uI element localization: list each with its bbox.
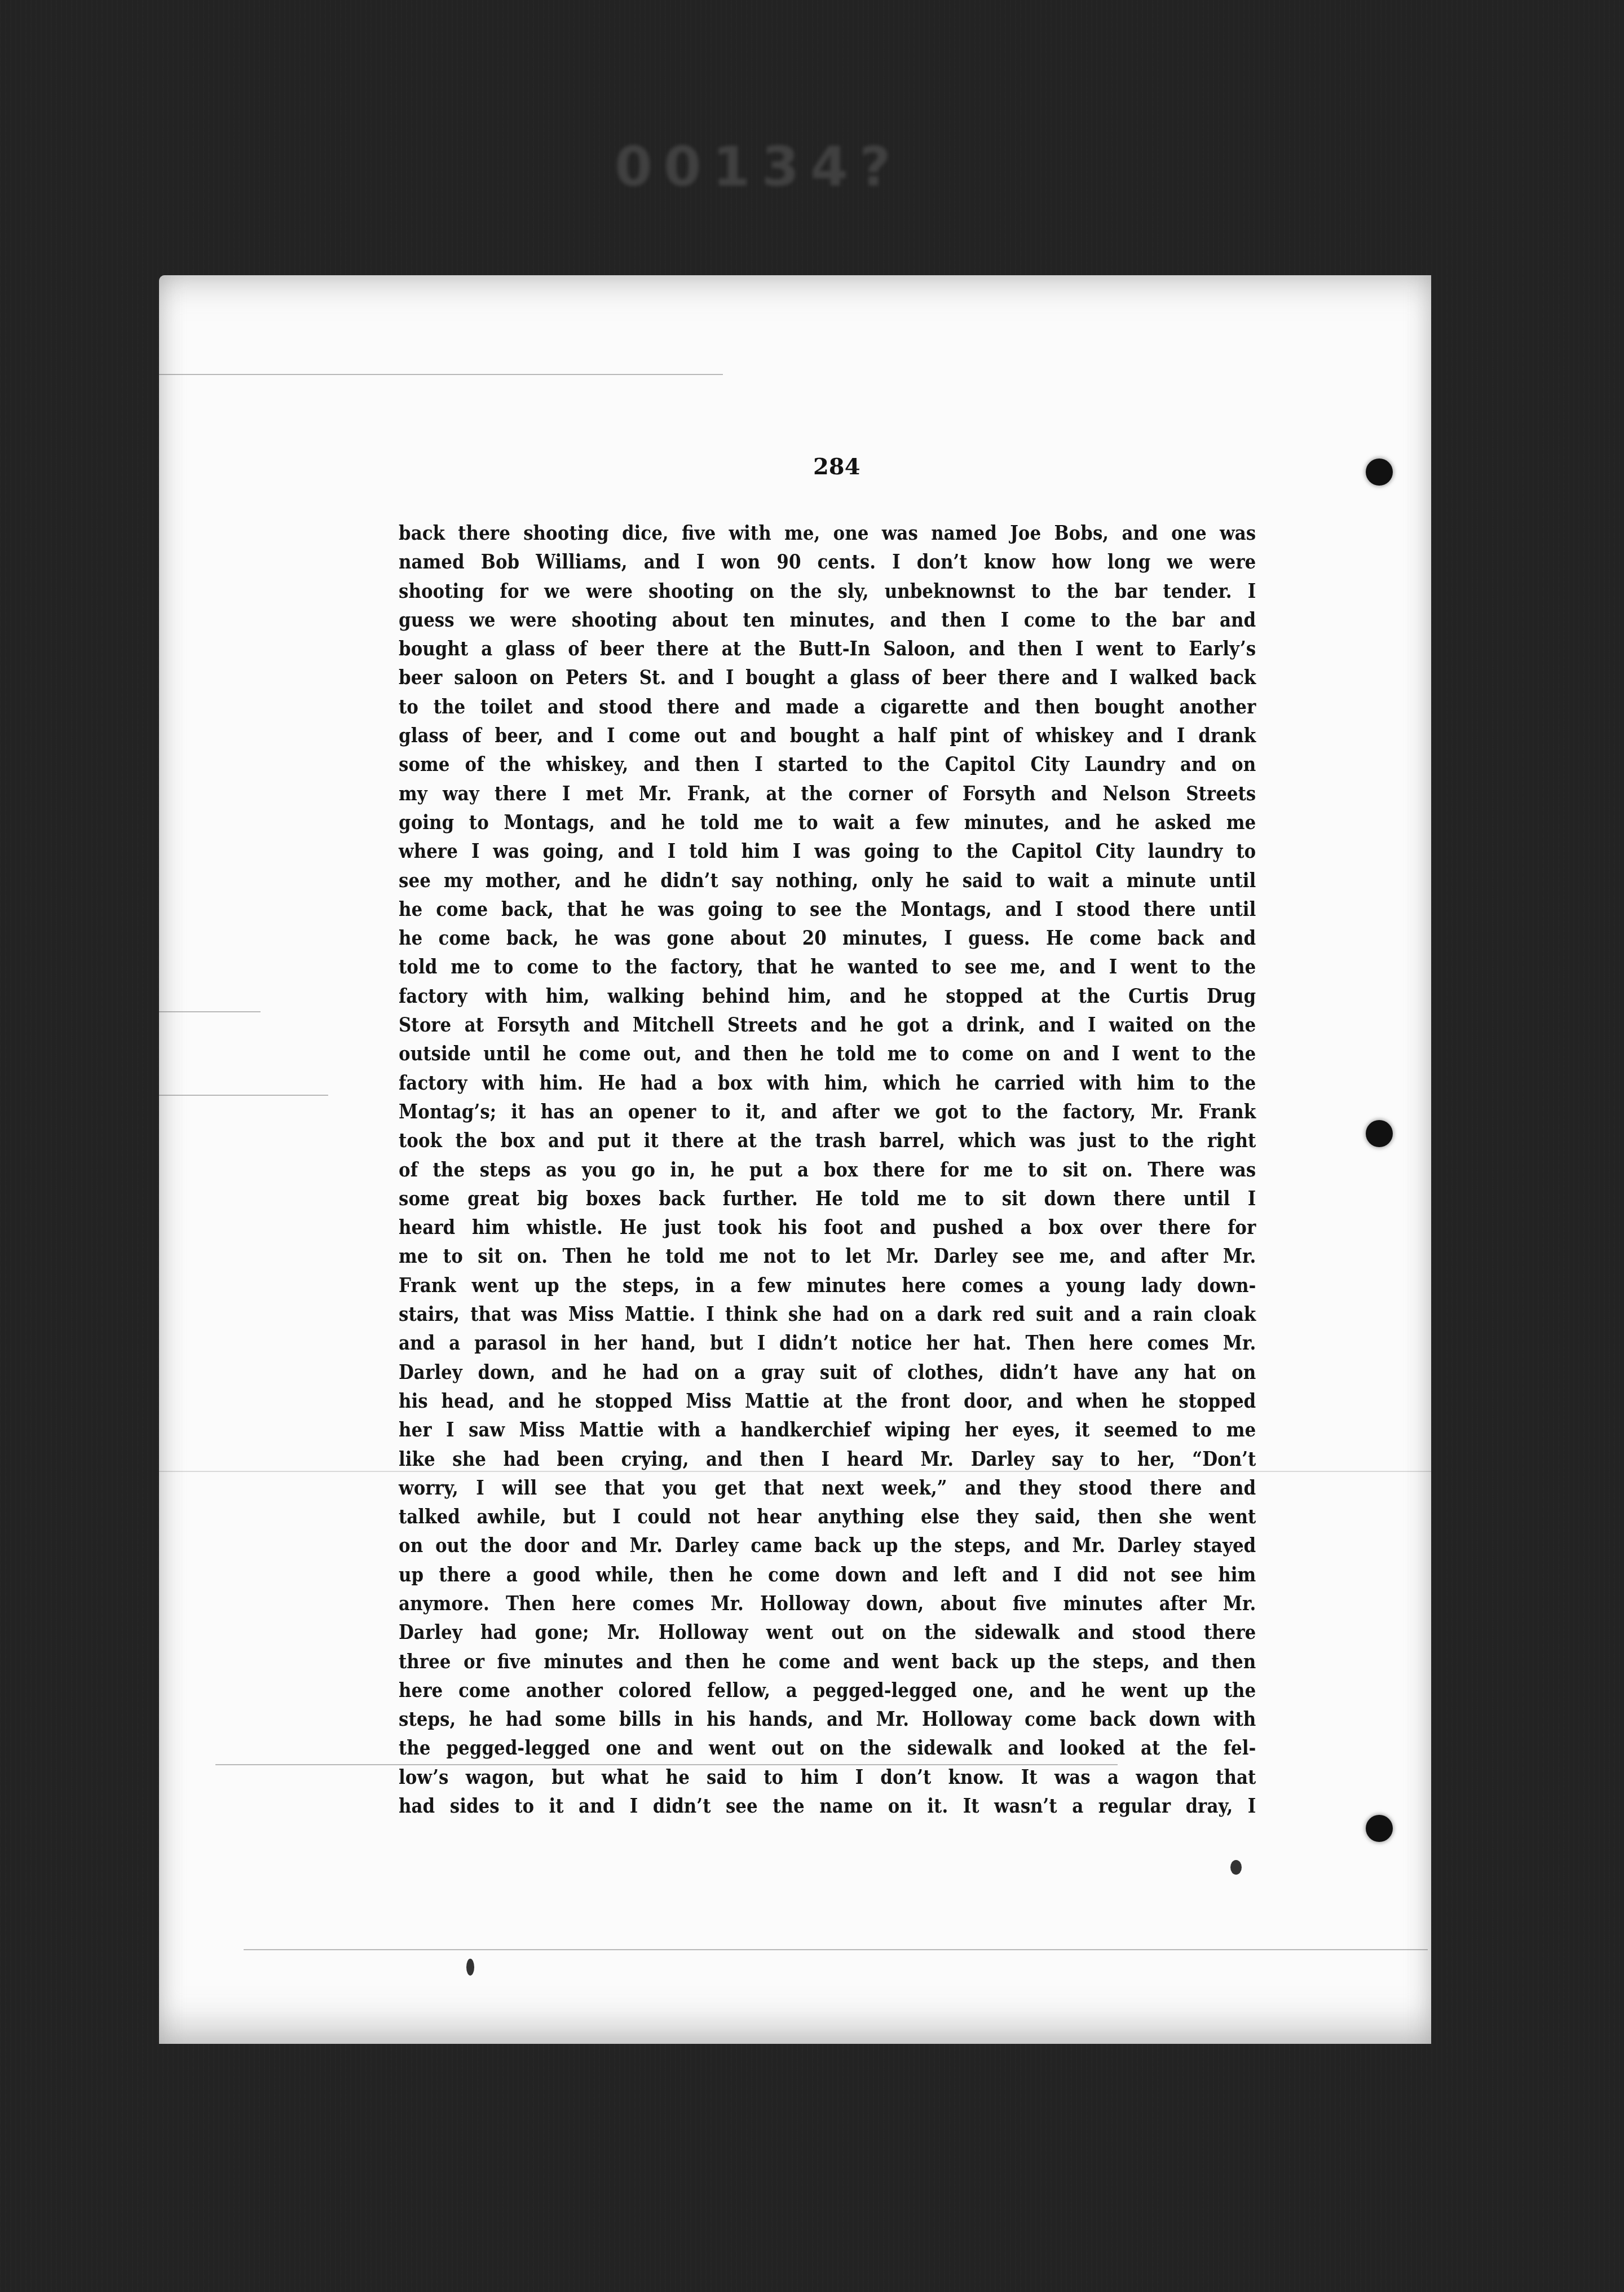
text-line: like she had been crying, and then I hea… xyxy=(399,1445,1256,1474)
punch-hole-middle xyxy=(1366,1120,1393,1147)
text-line: the pegged-legged one and went out on th… xyxy=(399,1734,1256,1762)
text-line: low’s wagon, but what he said to him I d… xyxy=(399,1763,1256,1792)
scan-streak xyxy=(244,1949,1428,1950)
ink-blot xyxy=(1230,1860,1242,1875)
text-line: he come back, he was gone about 20 minut… xyxy=(399,924,1256,953)
scan-streak xyxy=(159,1011,261,1012)
text-line: talked awhile, but I could not hear anyt… xyxy=(399,1502,1256,1531)
text-line: anymore. Then here comes Mr. Holloway do… xyxy=(399,1589,1256,1618)
text-line: see my mother, and he didn’t say nothing… xyxy=(399,866,1256,895)
text-line: guess we were shooting about ten minutes… xyxy=(399,606,1256,634)
text-line: going to Montags, and he told me to wait… xyxy=(399,808,1256,837)
text-line: factory with him, walking behind him, an… xyxy=(399,982,1256,1011)
text-line: of the steps as you go in, he put a box … xyxy=(399,1156,1256,1184)
text-line: worry, I will see that you get that next… xyxy=(399,1474,1256,1502)
text-line: factory with him. He had a box with him,… xyxy=(399,1069,1256,1097)
text-line: heard him whistle. He just took his foot… xyxy=(399,1213,1256,1242)
text-line: some of the whiskey, and then I started … xyxy=(399,750,1256,779)
text-line: where I was going, and I told him I was … xyxy=(399,837,1256,866)
text-line: me to sit on. Then he told me not to let… xyxy=(399,1242,1256,1271)
text-line: Darley down, and he had on a gray suit o… xyxy=(399,1358,1256,1387)
text-line: to the toilet and stood there and made a… xyxy=(399,693,1256,721)
text-line: outside until he come out, and then he t… xyxy=(399,1039,1256,1068)
text-line: Frank went up the steps, in a few minute… xyxy=(399,1271,1256,1300)
text-line: glass of beer, and I come out and bought… xyxy=(399,721,1256,750)
text-line: up there a good while, then he come down… xyxy=(399,1561,1256,1589)
document-page: 284 back there shooting dice, five with … xyxy=(159,275,1431,2044)
page-number: 284 xyxy=(813,453,858,480)
text-line: her I saw Miss Mattie with a handkerchie… xyxy=(399,1416,1256,1444)
text-line: told me to come to the factory, that he … xyxy=(399,953,1256,981)
text-line: and a parasol in her hand, but I didn’t … xyxy=(399,1329,1256,1357)
text-line: steps, he had some bills in his hands, a… xyxy=(399,1705,1256,1734)
text-line: shooting for we were shooting on the sly… xyxy=(399,577,1256,606)
scan-streak xyxy=(159,1095,328,1096)
punch-hole-top xyxy=(1366,459,1393,486)
text-line: here come another colored fellow, a pegg… xyxy=(399,1676,1256,1705)
text-line: three or five minutes and then he come a… xyxy=(399,1647,1256,1676)
frame-number-stamp: 00134? xyxy=(615,135,902,199)
text-line: bought a glass of beer there at the Butt… xyxy=(399,634,1256,663)
scan-streak xyxy=(159,374,723,375)
text-line: back there shooting dice, five with me, … xyxy=(399,519,1256,548)
testimony-text: back there shooting dice, five with me, … xyxy=(399,519,1256,1821)
ink-blot xyxy=(466,1959,474,1976)
text-line: Darley had gone; Mr. Holloway went out o… xyxy=(399,1618,1256,1647)
text-line: named Bob Williams, and I won 90 cents. … xyxy=(399,548,1256,576)
text-line: beer saloon on Peters St. and I bought a… xyxy=(399,663,1256,692)
text-line: he come back, that he was going to see t… xyxy=(399,895,1256,924)
text-line: on out the door and Mr. Darley came back… xyxy=(399,1531,1256,1560)
text-line: stairs, that was Miss Mattie. I think sh… xyxy=(399,1300,1256,1329)
text-line: Montag’s; it has an opener to it, and af… xyxy=(399,1097,1256,1126)
text-line: his head, and he stopped Miss Mattie at … xyxy=(399,1387,1256,1416)
text-line: took the box and put it there at the tra… xyxy=(399,1126,1256,1155)
text-line: Store at Forsyth and Mitchell Streets an… xyxy=(399,1011,1256,1039)
punch-hole-bottom xyxy=(1366,1815,1393,1842)
text-line: my way there I met Mr. Frank, at the cor… xyxy=(399,779,1256,808)
text-line: had sides to it and I didn’t see the nam… xyxy=(399,1792,1256,1821)
text-line: some great big boxes back further. He to… xyxy=(399,1184,1256,1213)
